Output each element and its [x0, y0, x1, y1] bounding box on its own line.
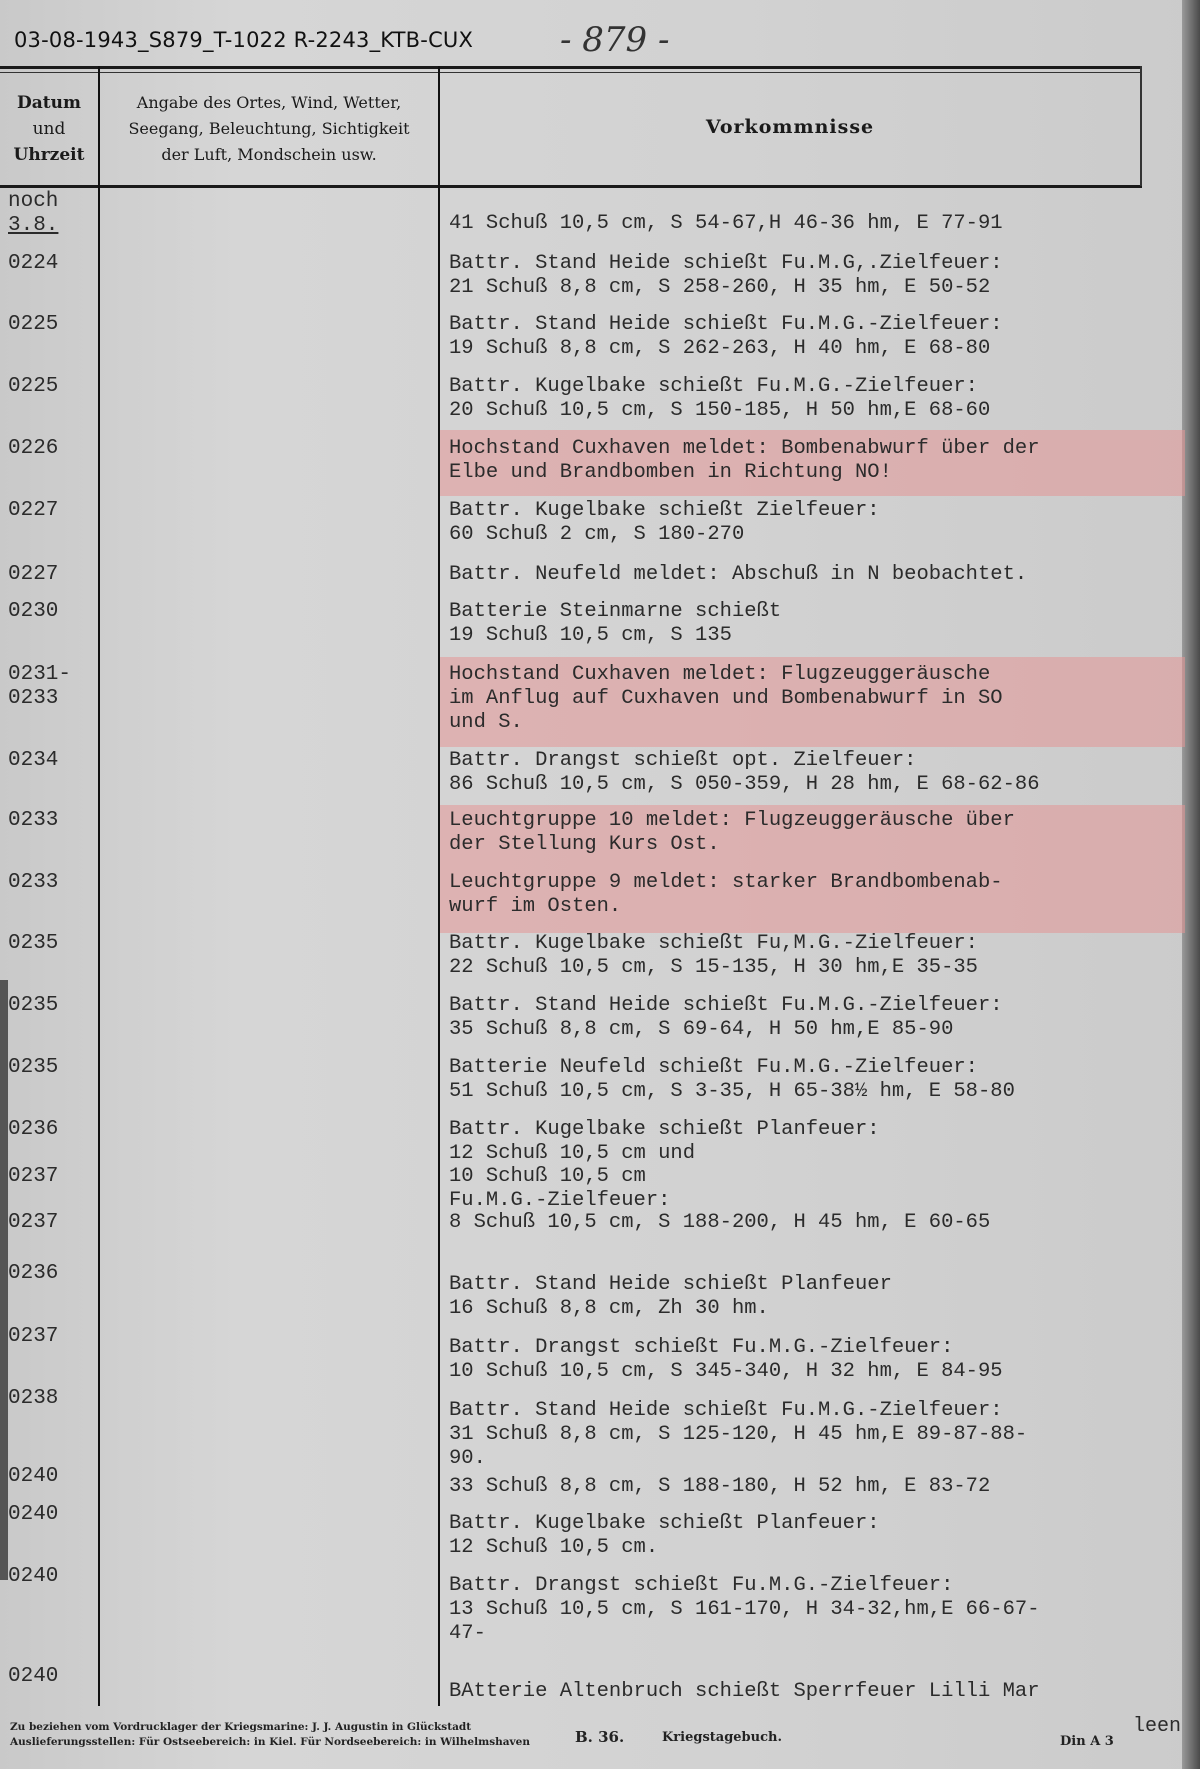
footer-form-title: Kriegstagebuch. [662, 1730, 782, 1745]
header-date-time: Datum und Uhrzeit [0, 90, 98, 168]
header-rule-thin [0, 72, 1142, 73]
footer-form-number: B. 36. [575, 1728, 624, 1746]
entry-time: 0238 [8, 1387, 58, 1411]
entry-time: 0240 [8, 1665, 58, 1689]
entry-text: 8 Schuß 10,5 cm, S 188-200, H 45 hm, E 6… [440, 1211, 1169, 1235]
overflow-text: leen [1133, 1715, 1181, 1738]
header-place-weather: Angabe des Ortes, Wind, Wetter, Seegang,… [100, 90, 438, 168]
entry-text: BAtterie Altenbruch schießt Sperrfeuer L… [440, 1680, 1169, 1704]
entry-time: 0237 [8, 1211, 58, 1235]
entry-text: Battr. Drangst schießt Fu.M.G.-Zielfeuer… [440, 1574, 1169, 1646]
entry-time-continued: 3.8. [8, 214, 58, 238]
entry-time: 0240 [8, 1465, 58, 1489]
entry-time: 0225 [8, 313, 58, 337]
entry-time: 0227 [8, 499, 58, 523]
entry-time: noch [8, 190, 58, 214]
entry-text: Battr. Kugelbake schießt Planfeuer: 12 S… [440, 1512, 1169, 1560]
entry-time: 0237 [8, 1325, 58, 1349]
entry-text: Battr. Stand Heide schießt Fu.M.G.-Zielf… [440, 994, 1169, 1042]
entry-text: Battr. Neufeld meldet: Abschuß in N beob… [440, 563, 1169, 587]
entry-time: 0226 [8, 437, 58, 461]
entry-time: 0236 [8, 1118, 58, 1142]
entry-text: Batterie Steinmarne schießt 19 Schuß 10,… [440, 600, 1169, 648]
highlighted-entry-text: Hochstand Cuxhaven meldet: Flugzeuggeräu… [440, 663, 1169, 735]
entry-text: Battr. Kugelbake schießt Planfeuer: 12 S… [440, 1118, 1169, 1166]
entry-time: 0230 [8, 600, 58, 624]
entry-time: 0237 [8, 1165, 58, 1189]
entry-time: 0224 [8, 252, 58, 276]
header-date-line1: Datum [0, 90, 98, 116]
entry-text: Battr. Drangst schießt opt. Zielfeuer: 8… [440, 749, 1169, 797]
header-date-line3: Uhrzeit [0, 142, 98, 168]
entry-time: 0240 [8, 1565, 58, 1589]
header-place-line2: Seegang, Beleuchtung, Sichtigkeit [100, 116, 438, 142]
entry-text: 41 Schuß 10,5 cm, S 54-67,H 46-36 hm, E … [440, 212, 1169, 236]
document-id-label: 03-08-1943_S879_T-1022 R-2243_KTB-CUX [14, 28, 473, 52]
entry-text: 33 Schuß 8,8 cm, S 188-180, H 52 hm, E 8… [440, 1475, 1169, 1499]
header-events: Vorkommnisse [440, 114, 1140, 140]
entry-time: 0235 [8, 932, 58, 956]
column-divider-right [1140, 66, 1142, 186]
header-rule [0, 66, 1142, 69]
entry-time: 0240 [8, 1503, 58, 1527]
highlighted-entry-text: Leuchtgruppe 10 meldet: Flugzeuggeräusch… [440, 809, 1169, 857]
page-number: - 879 - [560, 20, 670, 60]
entry-time: 0235 [8, 994, 58, 1018]
entry-text: Battr. Stand Heide schießt Planfeuer 16 … [440, 1273, 1169, 1321]
entry-time: 0233 [8, 809, 58, 833]
page-edge-shadow-left [0, 980, 8, 1580]
entry-time: 0236 [8, 1262, 58, 1286]
entry-text: Battr. Kugelbake schießt Fu.M.G.-Zielfeu… [440, 375, 1169, 423]
footer-supplier: Zu beziehen vom Vordrucklager der Kriegs… [10, 1720, 570, 1750]
entry-time: 0225 [8, 375, 58, 399]
entry-text: Batterie Neufeld schießt Fu.M.G.-Zielfeu… [440, 1056, 1169, 1104]
highlighted-entry-text: Hochstand Cuxhaven meldet: Bombenabwurf … [440, 437, 1169, 485]
highlighted-entry-text: Leuchtgruppe 9 meldet: starker Brandbomb… [440, 871, 1169, 919]
entry-text: Battr. Kugelbake schießt Zielfeuer: 60 S… [440, 499, 1169, 547]
entry-text: Battr. Stand Heide schießt Fu.M.G.-Zielf… [440, 1399, 1169, 1471]
header-place-line3: der Luft, Mondschein usw. [100, 142, 438, 168]
entry-time: 0227 [8, 563, 58, 587]
entry-time: 0231- [8, 663, 71, 687]
column-divider-date [98, 66, 100, 1706]
entry-text: Battr. Kugelbake schießt Fu,M.G.-Zielfeu… [440, 932, 1169, 980]
entry-text: Battr. Stand Heide schießt Fu.M.G.-Zielf… [440, 313, 1169, 361]
entry-text: Battr. Stand Heide schießt Fu.M.G,.Zielf… [440, 252, 1169, 300]
entry-time: 0235 [8, 1056, 58, 1080]
entry-time: 0233 [8, 871, 58, 895]
footer-supplier-line2: Auslieferungsstellen: Für Ostseebereich:… [10, 1735, 570, 1750]
entry-text: Battr. Drangst schießt Fu.M.G.-Zielfeuer… [440, 1336, 1169, 1384]
entry-time: 0234 [8, 749, 58, 773]
header-place-line1: Angabe des Ortes, Wind, Wetter, [100, 90, 438, 116]
footer-supplier-line1: Zu beziehen vom Vordrucklager der Kriegs… [10, 1720, 570, 1735]
column-header-rule [0, 185, 1142, 188]
header-date-line2: und [0, 116, 98, 142]
document-page: 03-08-1943_S879_T-1022 R-2243_KTB-CUX - … [0, 0, 1200, 1769]
entry-time-continued: 0233 [8, 687, 58, 711]
footer-paper-size: Din A 3 [1060, 1734, 1114, 1749]
entry-text: 10 Schuß 10,5 cm Fu.M.G.-Zielfeuer: [440, 1165, 1169, 1213]
